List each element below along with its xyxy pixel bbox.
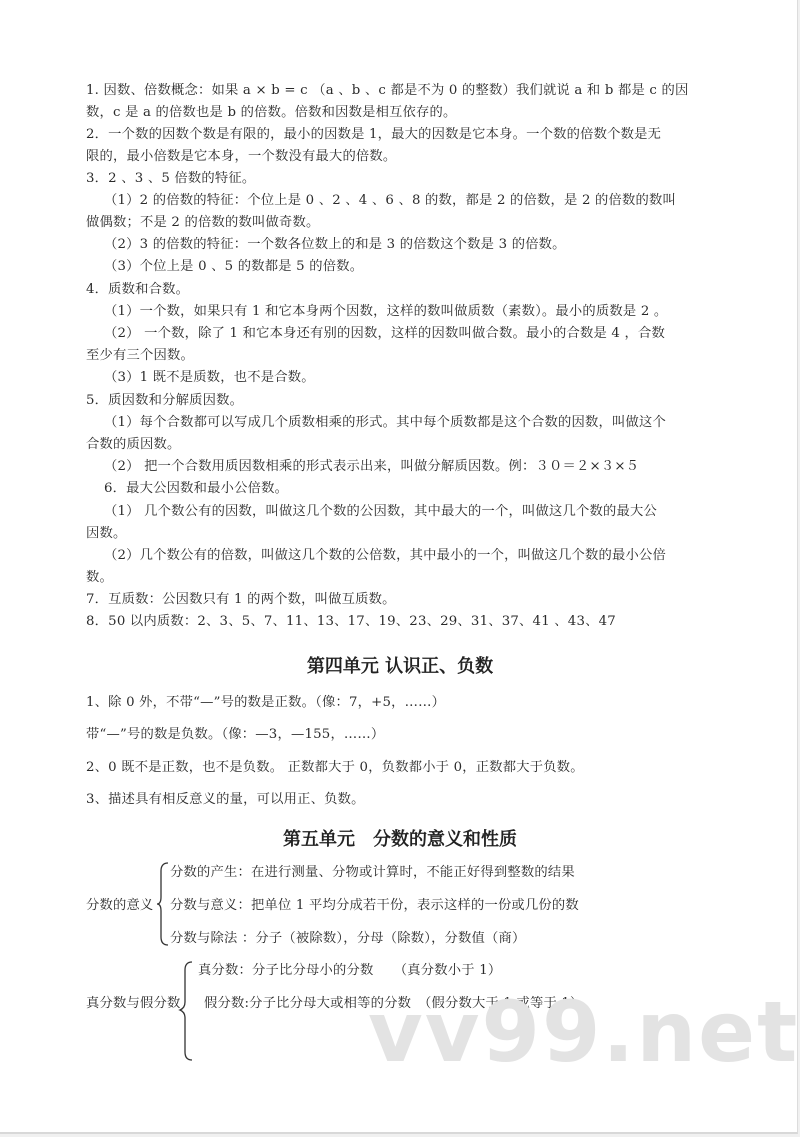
text-line: 合数的质因数。	[86, 436, 180, 454]
watermark: vv99.net	[368, 990, 799, 1074]
group-item: 真分数：分子比分母小的分数 （真分数小于 1）	[198, 962, 501, 980]
unit4-heading: 第四单元 认识正、负数	[0, 652, 800, 678]
text-line: （1）每个合数都可以写成几个质数相乘的形式。其中每个质数都是这个合数的因数，叫做…	[104, 414, 666, 432]
text-line: 2、0 既不是正数，也不是负数。 正数都大于 0，负数都小于 0，正数都大于负数…	[86, 759, 584, 777]
group-label: 分数的意义	[86, 897, 153, 915]
text-line: （3）个位上是 0 、5 的数都是 5 的倍数。	[104, 258, 363, 276]
group-item: 分数的产生：在进行测量、分物或计算时，不能正好得到整数的结果	[170, 864, 575, 882]
group-label: 真分数与假分数	[86, 995, 180, 1013]
text-line: 数，c 是 a 的倍数也是 b 的倍数。倍数和因数是相互依存的。	[86, 104, 457, 122]
text-line: 3．2 、3 、5 倍数的特征。	[86, 170, 255, 188]
text-line: （1） 几个数公有的因数，叫做这几个数的公因数，其中最大的一个，叫做这几个数的最…	[104, 503, 657, 521]
group-item: 分数与意义：把单位 1 平均分成若干份，表示这样的一份或几份的数	[170, 897, 579, 915]
text-line: 5．质因数和分解质因数。	[86, 392, 243, 410]
text-line: 因数。	[86, 525, 127, 543]
text-line: （1）一个数，如果只有 1 和它本身两个因数，这样的数叫做质数（素数）。最小的质…	[104, 303, 667, 321]
text-line: （1）2 的倍数的特征：个位上是 0 、2 、4 、6 、8 的数，都是 2 的…	[104, 192, 676, 210]
text-line: （2） 把一个合数用质因数相乘的形式表示出来，叫做分解质因数。例：３０＝２×３×…	[104, 458, 639, 476]
text-line: 限的，最小倍数是它本身，一个数没有最大的倍数。	[86, 148, 396, 166]
text-line: （2）几个数公有的倍数，叫做这几个数的公倍数，其中最小的一个，叫做这几个数的最小…	[104, 547, 666, 565]
text-line: 7．互质数：公因数只有 1 的两个数，叫做互质数。	[86, 591, 396, 609]
text-line: 带“—”号的数是负数。（像：—3，—155，……）	[86, 726, 384, 744]
text-line: 1. 因数、倍数概念：如果 a × b = c （a 、b 、c 都是不为 0 …	[86, 82, 688, 100]
group-item: 分数与除法 ：分子（被除数），分母（除数），分数值（商）	[170, 930, 526, 948]
text-line: 做偶数；不是 2 的倍数的数叫做奇数。	[86, 214, 319, 232]
text-line: 6．最大公因数和最小公倍数。	[104, 480, 288, 498]
text-line: 数。	[86, 569, 113, 587]
text-line: 至少有三个因数。	[86, 347, 194, 365]
text-line: 2．一个数的因数个数是有限的，最小的因数是 1，最大的因数是它本身。一个数的倍数…	[86, 126, 661, 144]
document-page: 1. 因数、倍数概念：如果 a × b = c （a 、b 、c 都是不为 0 …	[0, 0, 798, 1134]
text-line: 3、描述具有相反意义的量，可以用正、负数。	[86, 791, 365, 809]
text-line: 1、除 0 外，不带“—”号的数是正数。（像：7，+5，……）	[86, 694, 445, 712]
text-line: 8．50 以内质数：2、3、5、7、11、13、17、19、23、29、31、3…	[86, 613, 616, 631]
text-line: 4．质数和合数。	[86, 281, 189, 299]
text-line: （3）1 既不是质数，也不是合数。	[104, 369, 315, 387]
text-line: （2）3 的倍数的特征：一个数各位数上的和是 3 的倍数这个数是 3 的倍数。	[104, 236, 566, 254]
left-brace-icon	[178, 960, 194, 1062]
left-brace-icon	[156, 861, 170, 947]
text-line: （2） 一个数，除了 1 和它本身还有别的因数，这样的因数叫做合数。最小的合数是…	[104, 325, 665, 343]
unit5-heading: 第五单元 分数的意义和性质	[0, 825, 800, 851]
